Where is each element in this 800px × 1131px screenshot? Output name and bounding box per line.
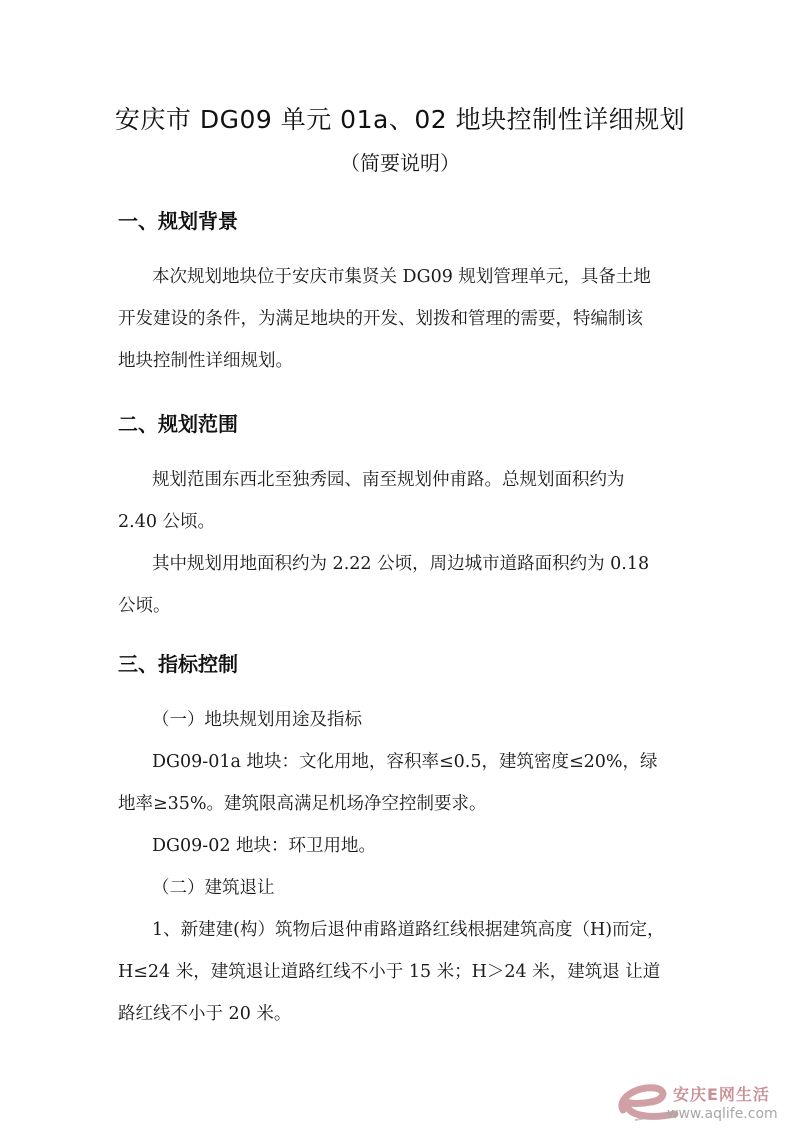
document-title: 安庆市 DG09 单元 01a、02 地块控制性详细规划 bbox=[0, 100, 800, 136]
watermark-site-name: 安庆E网生活 bbox=[673, 1082, 770, 1105]
document-page: 安庆市 DG09 单元 01a、02 地块控制性详细规划 （简要说明） 一、规划… bbox=[0, 0, 800, 1131]
section-heading-scope: 二、规划范围 bbox=[118, 408, 238, 437]
subsection-heading: （一）地块规划用途及指标 bbox=[152, 706, 362, 731]
watermark-url: www.aqlife.com bbox=[667, 1106, 778, 1122]
paragraph-line: 规划范围东西北至独秀园、南至规划仲甫路。总规划面积约为 bbox=[152, 466, 625, 491]
paragraph-line: DG09-01a 地块：文化用地，容积率≤0.5，建筑密度≤20%，绿 bbox=[152, 748, 658, 773]
paragraph-line: H≤24 米，建筑退让道路红线不小于 15 米；H＞24 米，建筑退 让道 bbox=[118, 958, 660, 983]
paragraph-line: DG09-02 地块：环卫用地。 bbox=[152, 832, 376, 857]
paragraph-line: 公顷。 bbox=[118, 592, 171, 617]
site-watermark: 安庆E网生活 www.aqlife.com bbox=[615, 1080, 800, 1128]
section-heading-background: 一、规划背景 bbox=[118, 205, 238, 234]
paragraph-line: 地率≥35%。建筑限高满足机场净空控制要求。 bbox=[118, 790, 487, 815]
paragraph-line: 2.40 公顷。 bbox=[118, 508, 215, 533]
section-heading-indicators: 三、指标控制 bbox=[118, 648, 238, 677]
document-subtitle: （简要说明） bbox=[0, 147, 800, 176]
paragraph-line: 其中规划用地面积约为 2.22 公顷，周边城市道路面积约为 0.18 bbox=[152, 550, 649, 575]
paragraph-line: 开发建设的条件，为满足地块的开发、划拨和管理的需要，特编制该 bbox=[118, 305, 643, 330]
paragraph-line: 本次规划地块位于安庆市集贤关 DG09 规划管理单元，具备土地 bbox=[152, 263, 651, 288]
paragraph-line: 1、新建建(构）筑物后退仲甫路道路红线根据建筑高度（H)而定， bbox=[152, 916, 665, 941]
paragraph-line: 路红线不小于 20 米。 bbox=[118, 1000, 291, 1025]
subsection-heading: （二）建筑退让 bbox=[152, 874, 275, 899]
paragraph-line: 地块控制性详细规划。 bbox=[118, 347, 293, 372]
